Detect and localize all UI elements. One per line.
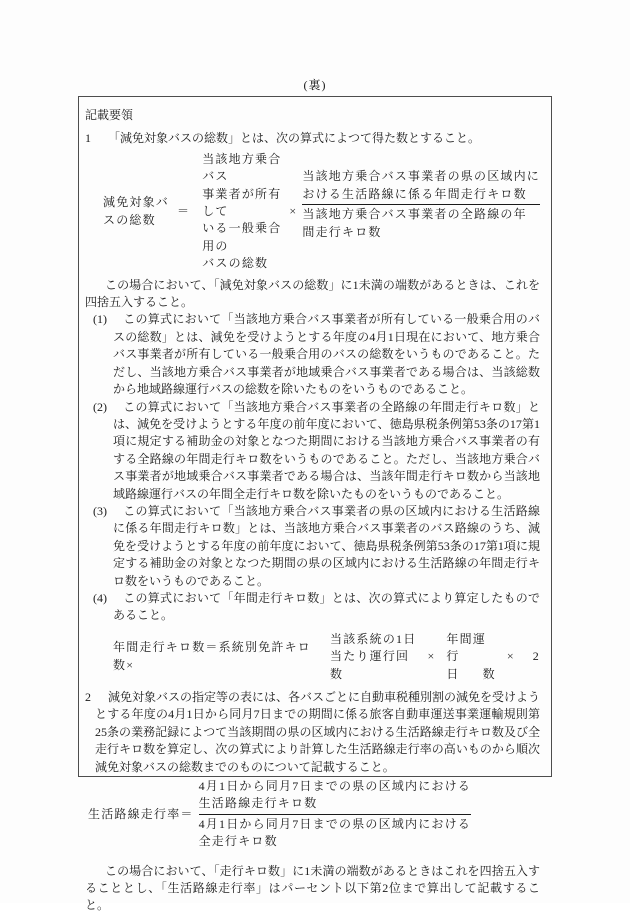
multiply-sign: × [289, 203, 297, 220]
subitem-2-number: (2) [93, 399, 123, 416]
formula2-day-char: 日 [446, 666, 459, 683]
subitem-3-text: この算式において「当該地方乗合バス事業者の県の区域内における生活路線に係る年間走… [113, 504, 540, 588]
item-1-number: 1 [85, 130, 108, 147]
formula-exempt-bus-total: 減免対象バ スの総数 ＝ 当該地方乗合バス 事業者が所有して いる一般乗合用の … [103, 151, 540, 273]
subitem-2: (2)この算式において「当該地方乗合バス事業者の全路線の年間走行キロ数」とは、減… [93, 399, 540, 503]
rounding-note-1: この場合において、「減免対象バスの総数」に1未満の端数があるときは、これを四捨五… [85, 277, 540, 312]
formula3-fraction-numerator: 4月1日から同月7日までの県の区域内における 生活路線走行キロ数 [199, 778, 471, 815]
formula1-fraction-numerator: 当該地方乗合バス事業者の県の区域内に おける生活路線に係る年間走行キロ数 [302, 168, 540, 205]
equals-sign: ＝ [177, 203, 190, 220]
multiply-sign: × [507, 648, 515, 665]
formula2-count-char: 数 [483, 666, 496, 683]
formula1-lhs-line: 減免対象バ [103, 194, 169, 211]
subitem-4: (4)この算式において「年間走行キロ数」とは、次の算式により算定したものであるこ… [93, 590, 540, 625]
formula1-factor-line: バスの総数 [202, 255, 281, 272]
numerator-line: おける生活路線に係る年間走行キロ数 [302, 186, 540, 203]
formula2-runs-line: 当たり運行回数 [330, 648, 416, 683]
formula-annual-km: 年間走行キロ数＝系統別免許キロ数× 当該系統の1日 当たり運行回数 × 年間運行… [113, 631, 540, 683]
formula-life-route-rate: 生活路線走行率＝ 4月1日から同月7日までの県の区域内における 生活路線走行キロ… [88, 778, 540, 851]
section-heading: 記載要領 [85, 107, 540, 124]
numerator-line: 4月1日から同月7日までの県の区域内における [199, 778, 471, 795]
subitem-4-number: (4) [93, 590, 123, 607]
formula2-constant-two: 2 [533, 648, 540, 665]
numerator-line: 当該地方乗合バス事業者の県の区域内に [302, 168, 540, 185]
formula1-fraction-denominator: 当該地方乗合バス事業者の全路線の年 間走行キロ数 [302, 205, 540, 241]
subitem-2-text: この算式において「当該地方乗合バス事業者の全路線の年間走行キロ数」とは、減免を受… [113, 400, 540, 501]
formula1-factor-line: 事業者が所有して [202, 186, 281, 221]
formula2-runs-per-day: 当該系統の1日 当たり運行回数 [330, 631, 416, 683]
formula3-fraction-denominator: 4月1日から同月7日までの県の区域内における 全走行キロ数 [199, 815, 471, 851]
item-2: 2減免対象バスの指定等の表には、各バスごとに自動車税種別割の減免を受けようとする… [85, 689, 540, 776]
rounding-note-2: この場合において、「走行キロ数」に1未満の端数があるときはこれを四捨五入すること… [85, 863, 540, 915]
denominator-line: 当該地方乗合バス事業者の全路線の年 [302, 206, 540, 223]
subitem-1-text: この算式において「当該地方乗合バス事業者が所有している一般乗合用のバスの総数」と… [113, 312, 540, 396]
item-1-intro: 「減免対象バスの総数」とは、次の算式によつて得た数とすること。 [108, 131, 480, 145]
item-1: 1「減免対象バスの総数」とは、次の算式によつて得た数とすること。 [85, 130, 540, 147]
formula1-factor-line: いる一般乗合用の [202, 220, 281, 255]
subitem-4-text: この算式において「年間走行キロ数」とは、次の算式により算定したものであること。 [113, 591, 540, 622]
formula2-days-line: 年間運行 [446, 631, 495, 666]
subitem-1-number: (1) [93, 311, 123, 328]
denominator-line: 間走行キロ数 [302, 224, 540, 241]
denominator-line: 4月1日から同月7日までの県の区域内における [199, 816, 471, 833]
formula1-factor: 当該地方乗合バス 事業者が所有して いる一般乗合用の バスの総数 [202, 151, 281, 273]
instructions-box: 記載要領 1「減免対象バスの総数」とは、次の算式によつて得た数とすること。 減免… [78, 96, 552, 777]
numerator-line: 生活路線走行キロ数 [199, 795, 471, 812]
item-2-number: 2 [85, 689, 108, 706]
formula2-operating-days: 年間運行 日 数 [446, 631, 495, 683]
formula1-lhs-line: スの総数 [103, 212, 169, 229]
formula3-fraction: 4月1日から同月7日までの県の区域内における 生活路線走行キロ数 4月1日から同… [199, 778, 471, 851]
item-2-text: 減免対象バスの指定等の表には、各バスごとに自動車税種別割の減免を受けようとする年… [95, 690, 540, 774]
formula3-lhs: 生活路線走行率＝ [88, 806, 194, 823]
formula1-factor-line: 当該地方乗合バス [202, 151, 281, 186]
subitem-3: (3)この算式において「当該地方乗合バス事業者の県の区域内における生活路線に係る… [93, 503, 540, 590]
formula1-fraction: 当該地方乗合バス事業者の県の区域内に おける生活路線に係る年間走行キロ数 当該地… [302, 168, 540, 241]
formula2-days-line-2: 日 数 [446, 666, 495, 683]
formula2-runs-line: 当該系統の1日 [330, 631, 416, 648]
denominator-line: 全走行キロ数 [199, 833, 471, 850]
subitem-1: (1)この算式において「当該地方乗合バス事業者が所有している一般乗合用のバスの総… [93, 311, 540, 398]
multiply-sign: × [427, 648, 435, 665]
page-side-label: (裏) [78, 77, 552, 94]
formula1-lhs: 減免対象バ スの総数 [103, 194, 169, 229]
formula2-lead: 年間走行キロ数＝系統別免許キロ数× [113, 639, 318, 674]
document-page: (裏) 記載要領 1「減免対象バスの総数」とは、次の算式によつて得た数とすること… [0, 0, 630, 903]
subitem-3-number: (3) [93, 503, 123, 520]
